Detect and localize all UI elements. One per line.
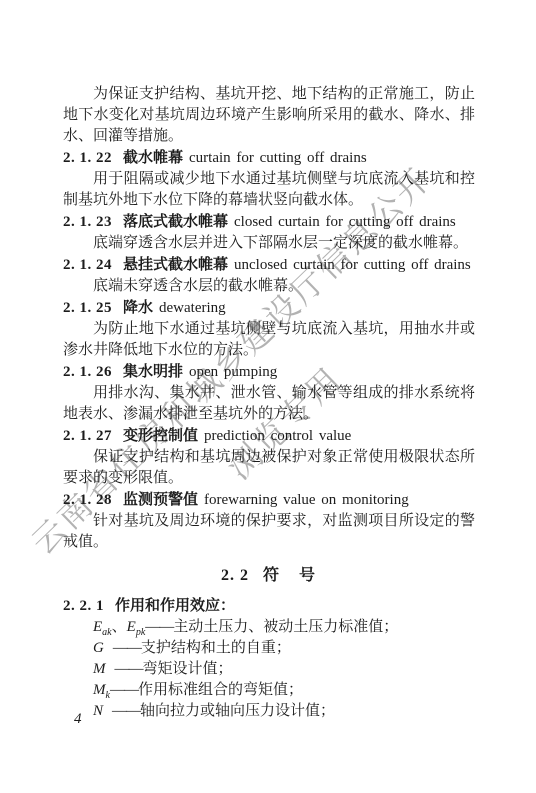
term-entry: 2. 1. 23落底式截水帷幕closed curtain for cuttin… <box>63 211 475 254</box>
symbol-dash: —— <box>112 703 140 719</box>
term-heading: 2. 1. 22截水帷幕curtain for cutting off drai… <box>63 147 475 169</box>
term-zh: 变形控制值 <box>123 427 198 444</box>
symbol-base: M <box>93 661 106 677</box>
symbol-description: 作用标准组合的弯矩值； <box>138 682 303 698</box>
symbol-base: M <box>93 682 106 698</box>
symbol-description: 支护结构和土的自重； <box>141 640 291 656</box>
term-entry: 2. 1. 24悬挂式截水帷幕unclosed curtain for cutt… <box>63 254 475 297</box>
term-definition: 针对基坑及周边环境的保护要求，对监测项目所设定的警戒值。 <box>63 511 475 553</box>
term-definition: 底端穿透含水层并进入下部隔水层一定深度的截水帷幕。 <box>63 233 475 254</box>
symbol-base: E <box>93 619 102 635</box>
symbol-dash: —— <box>113 640 141 656</box>
subsection-heading: 2. 2. 1作用和作用效应： <box>63 595 475 617</box>
section-number: 2. 2 <box>221 567 249 584</box>
subsection-number: 2. 2. 1 <box>63 598 104 614</box>
term-number: 2. 1. 24 <box>63 257 112 273</box>
symbol-subscript: pk <box>136 627 145 638</box>
term-en: forewarning value on monitoring <box>204 492 409 508</box>
term-zh: 监测预警值 <box>123 491 198 508</box>
term-number: 2. 1. 25 <box>63 300 112 316</box>
symbol-description: 主动土压力、被动土压力标准值； <box>173 619 398 635</box>
document-page: 云南省住房和城乡建设厅信息公开 浏览专用 为保证支护结构、基坑开挖、地下结构的正… <box>0 0 536 793</box>
section-title: 符 号 <box>263 567 317 584</box>
term-definition: 底端未穿透含水层的截水帷幕。 <box>63 276 475 297</box>
page-content: 为保证支护结构、基坑开挖、地下结构的正常施工，防止地下水变化对基坑周边环境产生影… <box>63 84 475 722</box>
term-en: curtain for cutting off drains <box>189 150 367 166</box>
symbol-subscript: ak <box>102 627 111 638</box>
term-heading: 2. 1. 26集水明排open pumping <box>63 361 475 383</box>
subsection-title: 作用和作用效应： <box>115 597 235 614</box>
term-definition: 用排水沟、集水井、泄水管、输水管等组成的排水系统将地表水、渗漏水排泄至基坑外的方… <box>63 383 475 425</box>
symbol-base: N <box>93 703 103 719</box>
term-heading: 2. 1. 25降水dewatering <box>63 297 475 319</box>
symbol-row: Mk——作用标准组合的弯矩值； <box>63 680 475 701</box>
term-en: dewatering <box>159 300 226 316</box>
term-heading: 2. 1. 23落底式截水帷幕closed curtain for cuttin… <box>63 211 475 233</box>
term-entry: 2. 1. 28监测预警值forewarning value on monito… <box>63 489 475 553</box>
symbol-dash: —— <box>115 661 143 677</box>
term-heading: 2. 1. 28监测预警值forewarning value on monito… <box>63 489 475 511</box>
symbol-dash: —— <box>145 619 173 635</box>
term-entry: 2. 1. 22截水帷幕curtain for cutting off drai… <box>63 147 475 211</box>
term-number: 2. 1. 23 <box>63 214 112 230</box>
term-zh: 集水明排 <box>123 363 183 380</box>
symbol-row: N——轴向拉力或轴向压力设计值； <box>63 701 475 722</box>
term-en: open pumping <box>189 364 277 380</box>
symbol-base: E <box>127 619 136 635</box>
page-number: 4 <box>74 711 82 728</box>
symbol-row: M——弯矩设计值； <box>63 659 475 680</box>
term-zh: 降水 <box>123 299 153 316</box>
term-number: 2. 1. 26 <box>63 364 112 380</box>
symbol-dash: —— <box>110 682 138 698</box>
symbol-base: G <box>93 640 104 656</box>
symbol-row: Eak、Epk——主动土压力、被动土压力标准值； <box>63 617 475 638</box>
symbol-description: 弯矩设计值； <box>143 661 233 677</box>
term-en: closed curtain for cutting off drains <box>234 214 456 230</box>
term-zh: 截水帷幕 <box>123 149 183 166</box>
intro-paragraph: 为保证支护结构、基坑开挖、地下结构的正常施工，防止地下水变化对基坑周边环境产生影… <box>63 84 475 147</box>
section-heading: 2. 2符 号 <box>63 565 475 587</box>
term-definition: 保证支护结构和基坑周边被保护对象正常使用极限状态所要求的变形限值。 <box>63 447 475 489</box>
term-heading: 2. 1. 24悬挂式截水帷幕unclosed curtain for cutt… <box>63 254 475 276</box>
term-en: prediction control value <box>204 428 351 444</box>
term-en: unclosed curtain for cutting off drains <box>234 257 471 273</box>
term-number: 2. 1. 27 <box>63 428 112 444</box>
symbol-description: 轴向拉力或轴向压力设计值； <box>140 703 335 719</box>
term-zh: 落底式截水帷幕 <box>123 213 228 230</box>
term-entry: 2. 1. 27变形控制值prediction control value 保证… <box>63 425 475 489</box>
symbol-separator: 、 <box>112 619 127 635</box>
term-number: 2. 1. 28 <box>63 492 112 508</box>
term-zh: 悬挂式截水帷幕 <box>123 256 228 273</box>
term-entry: 2. 1. 26集水明排open pumping 用排水沟、集水井、泄水管、输水… <box>63 361 475 425</box>
symbol-row: G——支护结构和土的自重； <box>63 638 475 659</box>
term-definition: 为防止地下水通过基坑侧壁与坑底流入基坑，用抽水井或渗水井降低地下水位的方法。 <box>63 319 475 361</box>
term-definition: 用于阻隔或减少地下水通过基坑侧壁与坑底流入基坑和控制基坑外地下水位下降的幕墙状竖… <box>63 169 475 211</box>
term-heading: 2. 1. 27变形控制值prediction control value <box>63 425 475 447</box>
term-entry: 2. 1. 25降水dewatering 为防止地下水通过基坑侧壁与坑底流入基坑… <box>63 297 475 361</box>
term-number: 2. 1. 22 <box>63 150 112 166</box>
